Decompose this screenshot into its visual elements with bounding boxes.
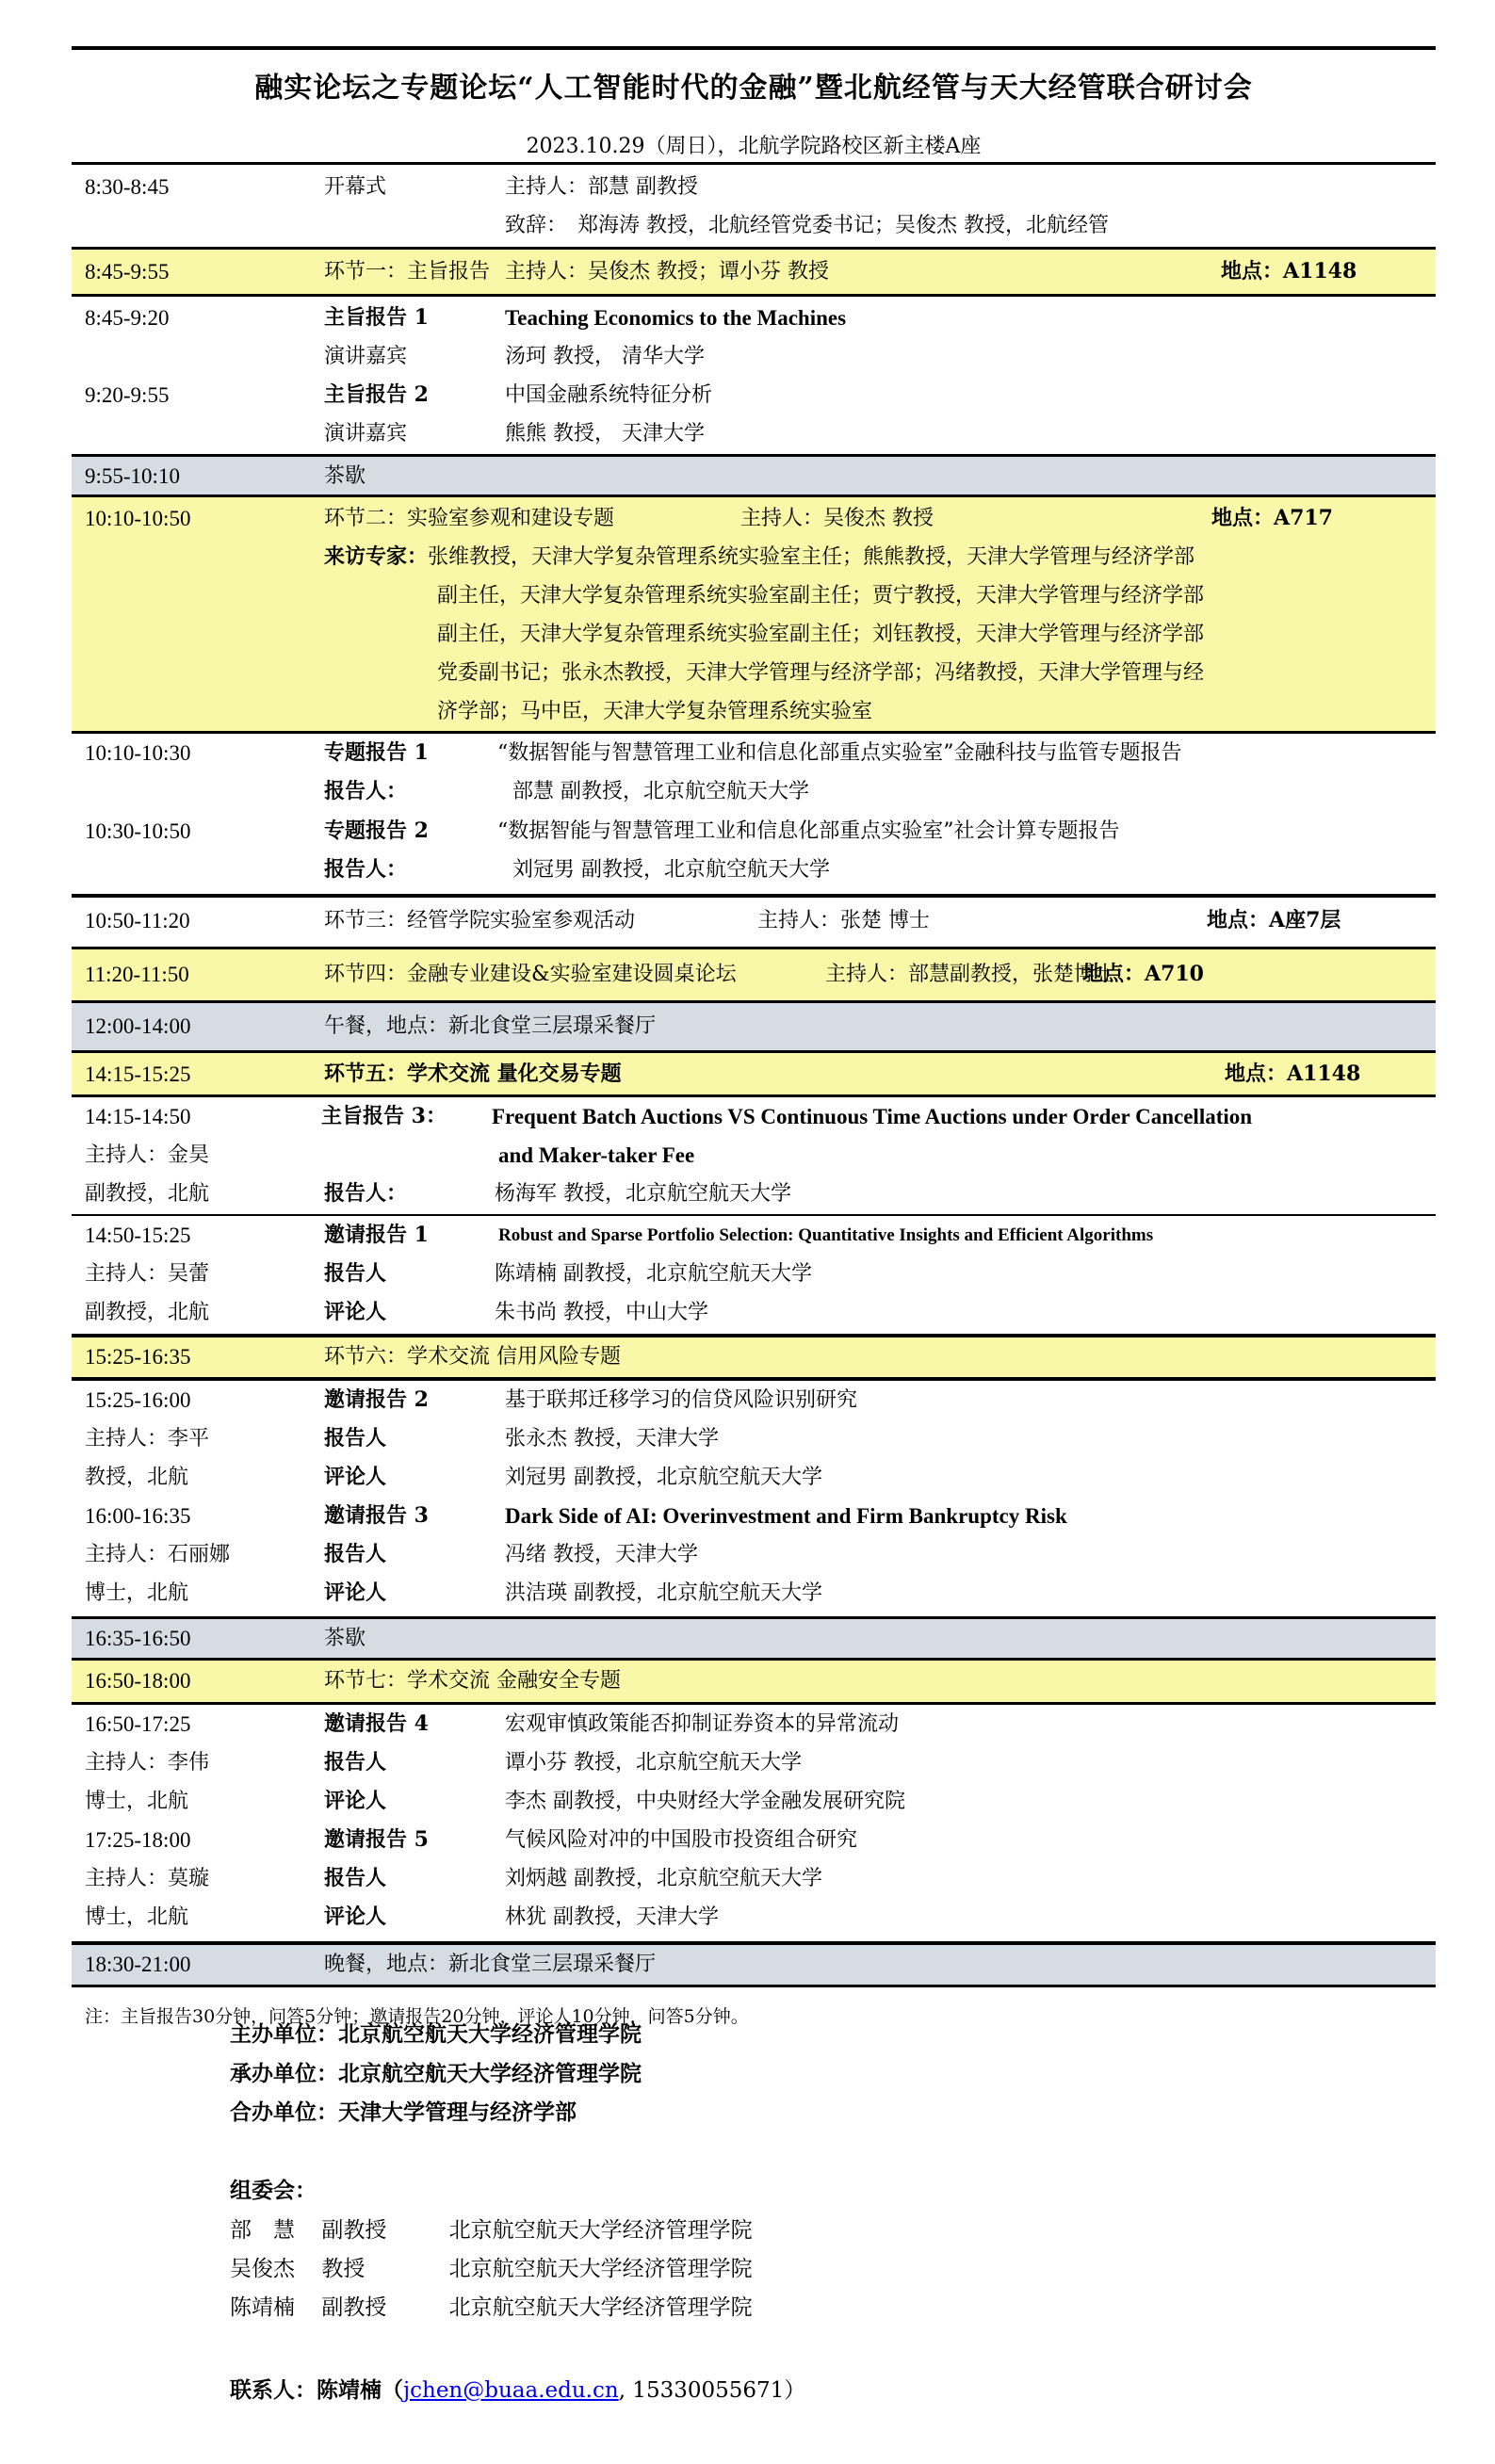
committee-member: 部 慧 副教授 北京航空航天大学经济管理学院 — [230, 2212, 753, 2249]
discussant: 洪洁瑛 副教授，北京航空航天大学 — [505, 1574, 822, 1613]
time: 14:15-14:50 — [85, 1097, 190, 1136]
talk-title: 中国金融系统特征分析 — [505, 376, 712, 414]
session-title: 环节七：学术交流 金融安全专题 — [324, 1662, 621, 1700]
session-host: 主持人：部慧副教授，张楚博士 — [825, 955, 1115, 994]
time: 18:30-21:00 — [85, 1945, 190, 1984]
role: 报告人 — [324, 1255, 386, 1293]
contact-label: 联系人：陈靖楠（ — [230, 2377, 403, 2403]
session3-row: 10:50-11:20 环节三：经管学院实验室参观活动 主持人：张楚 博士 地点… — [72, 898, 1436, 947]
member-name: 吴俊杰 — [230, 2250, 315, 2288]
role: 报告人： — [324, 851, 407, 889]
speaker: 杨海军 教授，北京航空航天大学 — [495, 1175, 791, 1213]
lunch-label: 午餐，地点：新北食堂三层璟采餐厅 — [324, 1007, 656, 1046]
member-title: 副教授 — [321, 2289, 442, 2326]
session1-talks: 8:45-9:20 主旨报告 1 Teaching Economics to t… — [72, 297, 1436, 455]
experts-label: 来访专家： — [324, 544, 428, 569]
speaker: 谭小芬 教授，北京航空航天大学 — [505, 1743, 802, 1782]
time: 11:20-11:50 — [85, 955, 189, 994]
session-location: 地点：A1148 — [1221, 252, 1357, 291]
keynote-3: 14:15-14:50 主持人：金昊 副教授，北航 主旨报告 3： Freque… — [72, 1097, 1436, 1214]
time: 8:45-9:20 — [85, 299, 169, 337]
role: 评论人 — [324, 1898, 386, 1937]
co-organizer: 合办单位：天津大学管理与经济学部 — [230, 2094, 577, 2132]
talk-title: “数据智能与智慧管理工业和信息化部重点实验室”金融科技与监管专题报告 — [497, 734, 1182, 772]
talk-title: Robust and Sparse Portfolio Selection: Q… — [498, 1216, 1153, 1255]
time: 9:20-9:55 — [85, 376, 169, 414]
time: 8:45-9:55 — [85, 252, 169, 291]
session-title: 环节四：金融专业建设&实验室建设圆桌论坛 — [324, 955, 737, 994]
session-location: 地点：A710 — [1082, 955, 1204, 994]
speaker: 汤珂 教授， 清华大学 — [505, 337, 705, 376]
label: 开幕式 — [324, 168, 386, 206]
chair-title: 博士，北航 — [85, 1898, 188, 1937]
member-name: 部 慧 — [230, 2212, 315, 2249]
time: 16:00-16:35 — [85, 1497, 190, 1535]
committee-member: 吴俊杰 教授 北京航空航天大学经济管理学院 — [230, 2250, 753, 2288]
topic-talks: 10:10-10:30 专题报告 1 “数据智能与智慧管理工业和信息化部重点实验… — [72, 734, 1436, 890]
chair-title: 副教授，北航 — [85, 1293, 209, 1332]
talk-title: 宏观审慎政策能否抑制证券资本的异常流动 — [505, 1705, 899, 1743]
rule — [72, 1985, 1436, 1987]
member-org: 北京航空航天大学经济管理学院 — [449, 2257, 753, 2281]
break-label: 茶歇 — [324, 1619, 366, 1658]
session4-row: 11:20-11:50 环节四：金融专业建设&实验室建设圆桌论坛 主持人：部慧副… — [72, 949, 1436, 1000]
session7-header: 16:50-18:00 环节七：学术交流 金融安全专题 — [72, 1661, 1436, 1702]
chair-title: 博士，北航 — [85, 1782, 188, 1821]
top-rule — [72, 46, 1436, 50]
session6-header: 15:25-16:35 环节六：学术交流 信用风险专题 — [72, 1337, 1436, 1377]
discussant: 李杰 副教授，中央财经大学金融发展研究院 — [505, 1782, 905, 1821]
session-title: 环节五：学术交流 量化交易专题 — [324, 1055, 622, 1094]
time: 17:25-18:00 — [85, 1821, 190, 1859]
time: 10:30-10:50 — [85, 812, 190, 851]
speaker: 冯绪 教授，天津大学 — [505, 1535, 698, 1574]
role: 评论人 — [324, 1574, 386, 1613]
time: 14:15-15:25 — [85, 1055, 190, 1094]
member-name: 陈靖楠 — [230, 2289, 315, 2326]
time: 10:50-11:20 — [85, 901, 190, 940]
member-org: 北京航空航天大学经济管理学院 — [449, 2218, 753, 2243]
session2-block: 10:10-10:50 环节二：实验室参观和建设专题 主持人：吴俊杰 教授 地点… — [72, 497, 1436, 731]
contact: 联系人：陈靖楠（jchen@buaa.edu.cn, 15330055671） — [230, 2372, 805, 2409]
session1-header: 8:45-9:55 环节一：主旨报告 主持人：吴俊杰 教授；谭小芬 教授 地点：… — [72, 250, 1436, 294]
chair-title: 副教授，北航 — [85, 1175, 209, 1213]
speaker: 刘炳越 副教授，北京航空航天大学 — [505, 1859, 822, 1898]
time: 12:00-14:00 — [85, 1007, 190, 1046]
talk-title: Dark Side of AI: Overinvestment and Firm… — [505, 1497, 1067, 1535]
time: 15:25-16:00 — [85, 1381, 190, 1419]
session7-talks: 16:50-17:25 主持人：李伟 博士，北航 邀请报告 4 宏观审慎政策能否… — [72, 1705, 1436, 1937]
opening-row: 8:30-8:45 开幕式 主持人：部慧 副教授 致辞： 郑海涛 教授，北航经管… — [72, 168, 1436, 245]
talk-label: 专题报告 2 — [324, 812, 429, 851]
experts-line: 副主任，天津大学复杂管理系统实验室副主任；贾宁教授，天津大学管理与经济学部 — [324, 576, 1407, 615]
session-host: 主持人：吴俊杰 教授 — [740, 499, 934, 538]
chair-title: 教授，北航 — [85, 1458, 188, 1497]
session-title: 环节一：主旨报告 — [324, 252, 490, 291]
time: 8:30-8:45 — [85, 168, 169, 206]
role: 评论人 — [324, 1782, 386, 1821]
role: 报告人 — [324, 1859, 386, 1898]
session5-header: 14:15-15:25 环节五：学术交流 量化交易专题 地点：A1148 — [72, 1053, 1436, 1094]
talk-title: 气候风险对冲的中国股市投资组合研究 — [505, 1821, 857, 1859]
session-location: 地点：A座7层 — [1207, 901, 1341, 940]
chair-title: 博士，北航 — [85, 1574, 188, 1613]
visiting-experts: 来访专家：张维教授，天津大学复杂管理系统实验室主任；熊熊教授，天津大学管理与经济… — [324, 538, 1407, 731]
member-title: 副教授 — [321, 2212, 442, 2249]
speech: 致辞： 郑海涛 教授，北航经管党委书记；吴俊杰 教授，北航经管 — [505, 206, 1109, 245]
committee-member: 陈靖楠 副教授 北京航空航天大学经济管理学院 — [230, 2289, 753, 2326]
committee-label: 组委会： — [230, 2172, 317, 2210]
chair: 主持人：吴蕾 — [85, 1255, 209, 1293]
time: 10:10-10:50 — [85, 499, 190, 538]
talk-label: 邀请报告 1 — [324, 1216, 429, 1255]
break-label: 茶歇 — [324, 457, 366, 495]
time: 10:10-10:30 — [85, 734, 190, 772]
invited-1: 14:50-15:25 主持人：吴蕾 副教授，北航 邀请报告 1 Robust … — [72, 1216, 1436, 1333]
talk-title: Teaching Economics to the Machines — [505, 299, 846, 337]
page-subtitle: 2023.10.29（周日），北航学院路校区新主楼A座 — [72, 130, 1436, 159]
discussant: 林犹 副教授，天津大学 — [505, 1898, 719, 1937]
time: 16:35-16:50 — [85, 1619, 190, 1658]
time: 15:25-16:35 — [85, 1337, 190, 1376]
break-row: 16:35-16:50 茶歇 — [72, 1619, 1436, 1658]
talk-label: 邀请报告 2 — [324, 1381, 429, 1419]
discussant: 刘冠男 副教授，北京航空航天大学 — [505, 1458, 822, 1497]
role: 演讲嘉宾 — [324, 337, 407, 376]
host-organization: 主办单位：北京航空航天大学经济管理学院 — [230, 2016, 642, 2053]
talk-label: 主旨报告 3： — [321, 1097, 447, 1136]
speaker: 刘冠男 副教授，北京航空航天大学 — [512, 851, 830, 889]
talk-title: Frequent Batch Auctions VS Continuous Ti… — [492, 1097, 1252, 1136]
experts-line: 副主任，天津大学复杂管理系统实验室副主任；刘钰教授，天津大学管理与经济学部 — [324, 615, 1407, 654]
speaker: 熊熊 教授， 天津大学 — [505, 414, 705, 453]
dinner-row: 18:30-21:00 晚餐，地点：新北食堂三层璟采餐厅 — [72, 1945, 1436, 1985]
role: 演讲嘉宾 — [324, 414, 407, 453]
talk-label: 主旨报告 1 — [324, 299, 429, 337]
role: 报告人 — [324, 1419, 386, 1458]
speaker: 陈靖楠 副教授，北京航空航天大学 — [495, 1255, 812, 1293]
session-title: 环节二：实验室参观和建设专题 — [324, 499, 614, 538]
chair: 主持人：金昊 — [85, 1136, 209, 1175]
talk-label: 主旨报告 2 — [324, 376, 429, 414]
time: 9:55-10:10 — [85, 457, 180, 495]
dinner-label: 晚餐，地点：新北食堂三层璟采餐厅 — [324, 1945, 656, 1984]
role: 报告人： — [324, 1175, 407, 1213]
page-title: 融实论坛之专题论坛“人工智能时代的金融”暨北航经管与天大经管联合研讨会 — [72, 64, 1436, 105]
role: 报告人 — [324, 1535, 386, 1574]
role: 评论人 — [324, 1458, 386, 1497]
contact-phone: , 15330055671） — [619, 2378, 806, 2403]
role: 报告人 — [324, 1743, 386, 1782]
discussant: 朱书尚 教授，中山大学 — [495, 1293, 708, 1332]
contact-email-link[interactable]: jchen@buaa.edu.cn — [403, 2378, 619, 2403]
time: 16:50-17:25 — [85, 1705, 190, 1743]
header-rule — [72, 162, 1436, 165]
role: 评论人 — [324, 1293, 386, 1332]
talk-label: 邀请报告 5 — [324, 1821, 429, 1859]
lunch-row: 12:00-14:00 午餐，地点：新北食堂三层璟采餐厅 — [72, 1003, 1436, 1050]
talk-label: 专题报告 1 — [324, 734, 429, 772]
host: 主持人：部慧 副教授 — [505, 168, 698, 206]
member-title: 教授 — [321, 2250, 442, 2288]
session6-talks: 15:25-16:00 主持人：李平 教授，北航 邀请报告 2 基于联邦迁移学习… — [72, 1381, 1436, 1616]
talk-label: 邀请报告 4 — [324, 1705, 429, 1743]
time: 16:50-18:00 — [85, 1662, 190, 1700]
talk-title-cont: and Maker-taker Fee — [498, 1136, 694, 1175]
chair: 主持人：李平 — [85, 1419, 209, 1458]
session-title: 环节六：学术交流 信用风险专题 — [324, 1337, 621, 1376]
speaker: 部慧 副教授，北京航空航天大学 — [512, 772, 809, 811]
talk-title: 基于联邦迁移学习的信贷风险识别研究 — [505, 1381, 857, 1419]
session-host: 主持人：吴俊杰 教授；谭小芬 教授 — [505, 252, 829, 291]
experts-line: 张维教授，天津大学复杂管理系统实验室主任；熊熊教授，天津大学管理与经济学部 — [428, 545, 1194, 569]
chair: 主持人：莫璇 — [85, 1859, 209, 1898]
member-org: 北京航空航天大学经济管理学院 — [449, 2295, 753, 2320]
session-location: 地点：A1148 — [1225, 1055, 1360, 1094]
organizer: 承办单位：北京航空航天大学经济管理学院 — [230, 2055, 642, 2093]
time: 14:50-15:25 — [85, 1216, 190, 1255]
talk-label: 邀请报告 3 — [324, 1497, 429, 1535]
break-row: 9:55-10:10 茶歇 — [72, 457, 1436, 494]
session-location: 地点：A717 — [1211, 499, 1333, 538]
talk-title: “数据智能与智慧管理工业和信息化部重点实验室”社会计算专题报告 — [497, 812, 1120, 851]
speaker: 张永杰 教授，天津大学 — [505, 1419, 719, 1458]
role: 报告人： — [324, 772, 407, 811]
experts-line: 党委副书记；张永杰教授，天津大学管理与经济学部；冯绪教授，天津大学管理与经 — [324, 654, 1407, 692]
experts-line: 济学部；马中臣，天津大学复杂管理系统实验室 — [324, 692, 1407, 731]
chair: 主持人：石丽娜 — [85, 1535, 230, 1574]
session-title: 环节三：经管学院实验室参观活动 — [324, 901, 635, 940]
session-host: 主持人：张楚 博士 — [757, 901, 930, 940]
chair: 主持人：李伟 — [85, 1743, 209, 1782]
